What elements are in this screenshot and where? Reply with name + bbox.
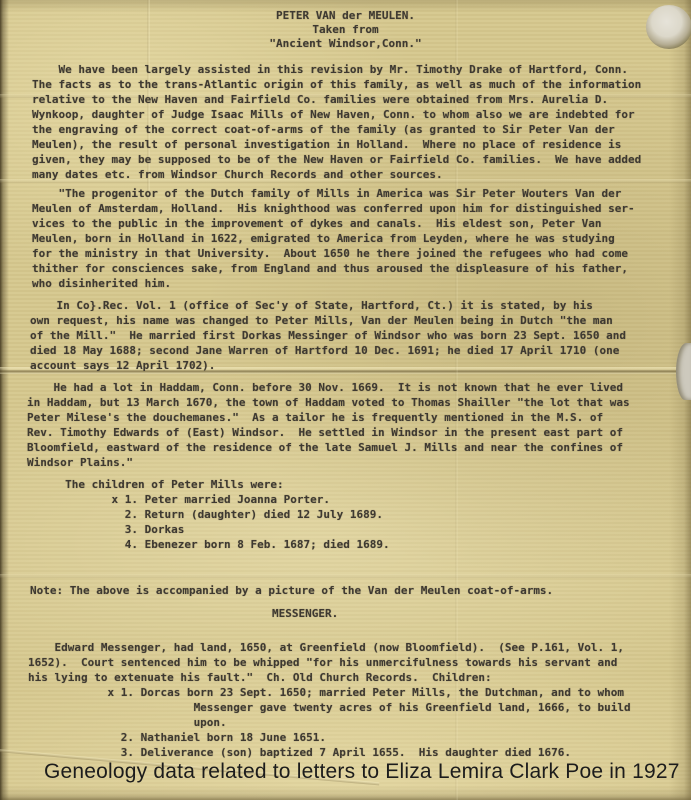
children-of-peter-mills-list: The children of Peter Mills were: x 1. P… — [32, 477, 390, 552]
torn-edge-notch — [676, 343, 691, 400]
document-title: PETER VAN der MEULEN. Taken from "Ancien… — [0, 9, 691, 51]
messenger-section-text: Edward Messenger, had land, 1650, at Gre… — [28, 640, 631, 760]
paragraph-name-change: In Co}.Rec. Vol. 1 (office of Sec'y of S… — [30, 298, 626, 373]
fold-crease-horizontal — [0, 574, 691, 578]
coat-of-arms-note: Note: The above is accompanied by a pict… — [30, 583, 553, 598]
paragraph-revision-credits: We have been largely assisted in this re… — [32, 62, 641, 182]
paragraph-progenitor: "The progenitor of the Dutch family of M… — [32, 186, 635, 291]
paragraph-haddam-lot: He had a lot in Haddam, Conn. before 30 … — [27, 380, 630, 470]
messenger-section-heading: MESSENGER. — [272, 606, 338, 621]
scanned-document-page: PETER VAN der MEULEN. Taken from "Ancien… — [0, 0, 691, 800]
photo-caption: Geneology data related to letters to Eli… — [44, 760, 680, 784]
